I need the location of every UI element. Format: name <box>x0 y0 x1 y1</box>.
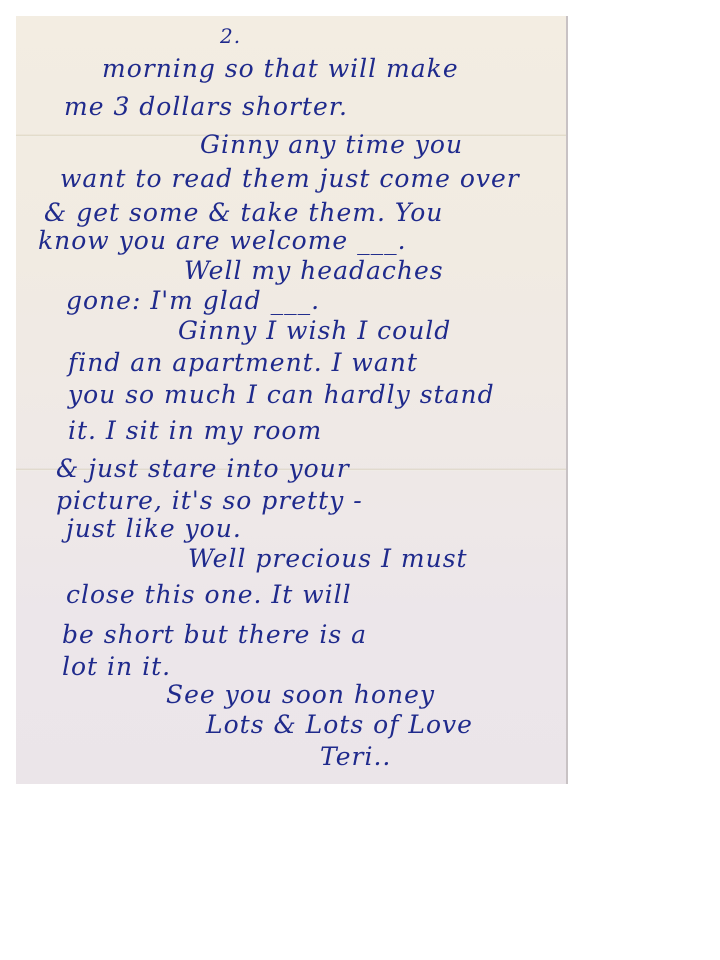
letter-line: me 3 dollars shorter. <box>64 92 348 121</box>
letter-line: morning so that will make <box>102 54 459 83</box>
letter-line: gone: I'm glad ___. <box>66 286 320 315</box>
letter-closing: See you soon honey <box>166 680 435 709</box>
letter-line: be short but there is a <box>62 620 367 649</box>
letter-page: 2. morning so that will make me 3 dollar… <box>16 16 568 784</box>
letter-line: it. I sit in my room <box>68 416 322 445</box>
letter-line: Ginny I wish I could <box>178 316 451 345</box>
letter-line: Well precious I must <box>188 544 468 573</box>
letter-line: want to read them just come over <box>60 164 520 193</box>
letter-line: Ginny any time you <box>200 130 463 159</box>
letter-line: picture, it's so pretty - <box>56 486 363 515</box>
letter-line: lot in it. <box>62 652 171 681</box>
letter-closing: Lots & Lots of Love <box>206 710 473 739</box>
page-number: 2. <box>220 24 241 48</box>
letter-line: know you are welcome ___. <box>38 226 407 255</box>
letter-line: & just stare into your <box>56 454 350 483</box>
letter-line: just like you. <box>66 514 242 543</box>
letter-line: Well my headaches <box>184 256 444 285</box>
letter-line: you so much I can hardly stand <box>68 380 495 409</box>
letter-line: find an apartment. I want <box>68 348 418 377</box>
letter-line: close this one. It will <box>66 580 352 609</box>
letter-signature: Teri.. <box>320 742 391 771</box>
letter-line: & get some & take them. You <box>44 198 443 227</box>
